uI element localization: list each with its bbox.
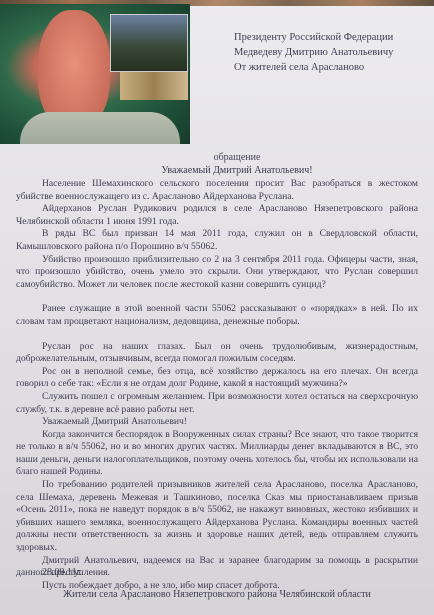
greeting: Уважаемый Дмитрий Анатольевич! — [0, 165, 434, 176]
victim-photo — [0, 4, 190, 144]
paragraph: Руслан рос на наших глазах. Был он очень… — [16, 341, 418, 366]
inset-photo-soldiers — [110, 14, 188, 72]
paragraph: Служить пошел с огромным желанием. При в… — [16, 391, 418, 416]
addressee-line: Президенту Российской Федерации — [234, 30, 393, 45]
paragraph: Ранее служащие в этой военной части 5506… — [16, 303, 418, 328]
paragraph: Когда закончится беспорядок в Вооруженны… — [16, 429, 418, 479]
signature: Жители села Арасланово Нязепетровского р… — [0, 589, 434, 600]
inset-photo-small — [120, 72, 188, 100]
addressee-line: Медведеву Дмитрию Анатольевичу — [234, 45, 393, 60]
addressee-block: Президенту Российской Федерации Медведев… — [234, 30, 393, 75]
uniform-collar — [20, 112, 180, 144]
letter-body: Население Шемахинского сельского поселен… — [16, 178, 418, 592]
greeting-repeat: Уважаемый Дмитрий Анатольевич! — [16, 416, 418, 429]
paragraph: Айдерханов Руслан Рудикович родился в се… — [16, 203, 418, 228]
paragraph: В ряды ВС был призван 14 мая 2011 года, … — [16, 228, 418, 253]
paragraph: Рос он в неполной семье, без отца, всё х… — [16, 366, 418, 391]
paragraph: Убийство произошло приблизительно со 2 н… — [16, 254, 418, 292]
paragraph: Население Шемахинского сельского поселен… — [16, 178, 418, 203]
addressee-line: От жителей села Арасланово — [234, 60, 393, 75]
document-title: обращение — [0, 152, 434, 163]
document-date: 28.09.11г. — [42, 567, 82, 578]
paragraph: По требованию родителей призывников жите… — [16, 479, 418, 555]
document-page: Президенту Российской Федерации Медведев… — [0, 0, 434, 615]
